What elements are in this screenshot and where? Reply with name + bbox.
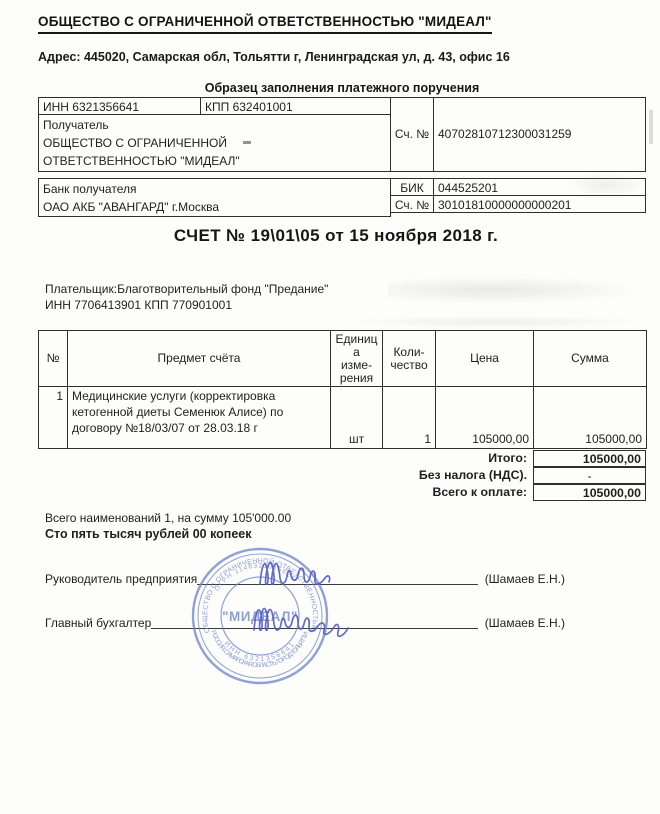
payment-sample-table: ИНН 6321356641 КПП 632401001 Получатель …	[38, 97, 646, 217]
col-subject-header: Предмет счёта	[68, 331, 331, 387]
recipient-account-number: 40702810712300031259	[433, 97, 646, 172]
director-name: (Шамаев Е.Н.)	[478, 572, 565, 586]
corr-account-number: 30101810000000000201	[433, 195, 646, 213]
vat-value: -	[533, 467, 646, 484]
grand-total-row: Всего к оплате: 105000,00	[38, 484, 646, 501]
recipient-name-cell: Получатель ОБЩЕСТВО С ОГРАНИЧЕННОЙ ОТВЕТ…	[38, 114, 391, 172]
col-price-header: Цена	[436, 331, 534, 387]
scan-smudge	[350, 316, 640, 328]
vat-label: Без налога (НДС).	[38, 467, 533, 484]
scan-smudge	[388, 276, 644, 304]
director-signature-ink	[260, 562, 330, 584]
company-address: Адрес: 445020, Самарская обл, Тольятти г…	[38, 50, 510, 64]
handwritten-signatures	[228, 548, 398, 653]
payer-line: Плательщик:Благотворительный фонд "Преда…	[45, 282, 328, 296]
item-qty: 1	[383, 387, 436, 449]
accountant-signature-ink	[254, 608, 348, 636]
grand-total-label: Всего к оплате:	[38, 484, 533, 501]
item-subject: Медицинские услуги (корректировка кетоге…	[68, 387, 331, 449]
invoice-title: СЧЕТ № 19\01\05 от 15 ноября 2018 г.	[0, 226, 660, 246]
amount-in-words: Сто пять тысяч рублей 00 копеек	[45, 527, 252, 541]
bik-value: 044525201	[433, 178, 646, 196]
grand-total-value: 105000,00	[533, 484, 646, 501]
payment-sample-caption: Образец заполнения платежного поручения	[38, 81, 646, 95]
item-unit: шт	[331, 387, 383, 449]
items-table: № Предмет счёта Единиц а изме- рения Кол…	[38, 330, 647, 449]
recipient-inn-cell: ИНН 6321356641	[38, 97, 201, 115]
item-price: 105000,00	[436, 387, 534, 449]
items-count-line: Всего наименований 1, на сумму 105'000.0…	[45, 511, 291, 525]
vat-row: Без налога (НДС). -	[38, 467, 646, 484]
item-row: 1 Медицинские услуги (корректировка кето…	[39, 387, 647, 449]
recipient-kpp-cell: КПП 632401001	[200, 97, 391, 115]
col-unit-header: Единиц а изме- рения	[331, 331, 383, 387]
item-num: 1	[39, 387, 68, 449]
recipient-account-label: Сч. №	[390, 97, 434, 172]
bik-label: БИК	[390, 178, 434, 196]
total-label: Итого:	[38, 450, 533, 467]
bank-name-cell: Банк получателя ОАО АКБ "АВАНГАРД" г.Мос…	[38, 178, 391, 217]
accountant-name: (Шамаев Е.Н.)	[478, 616, 565, 630]
items-header-row: № Предмет счёта Единиц а изме- рения Кол…	[39, 331, 647, 387]
col-sum-header: Сумма	[534, 331, 647, 387]
director-label: Руководитель предприятия	[45, 572, 197, 586]
total-row: Итого: 105000,00	[38, 450, 646, 467]
corr-account-label: Сч. №	[390, 195, 434, 213]
col-qty-header: Коли- чество	[383, 331, 436, 387]
item-sum: 105000,00	[534, 387, 647, 449]
col-num-header: №	[39, 331, 68, 387]
company-title: ОБЩЕСТВО С ОГРАНИЧЕННОЙ ОТВЕТСТВЕННОСТЬЮ…	[38, 14, 492, 34]
scan-smudge	[649, 110, 653, 144]
payer-inn-kpp: ИНН 7706413901 КПП 770901001	[45, 298, 232, 312]
total-value: 105000,00	[533, 450, 646, 467]
accountant-label: Главный бухгалтер	[45, 616, 151, 630]
